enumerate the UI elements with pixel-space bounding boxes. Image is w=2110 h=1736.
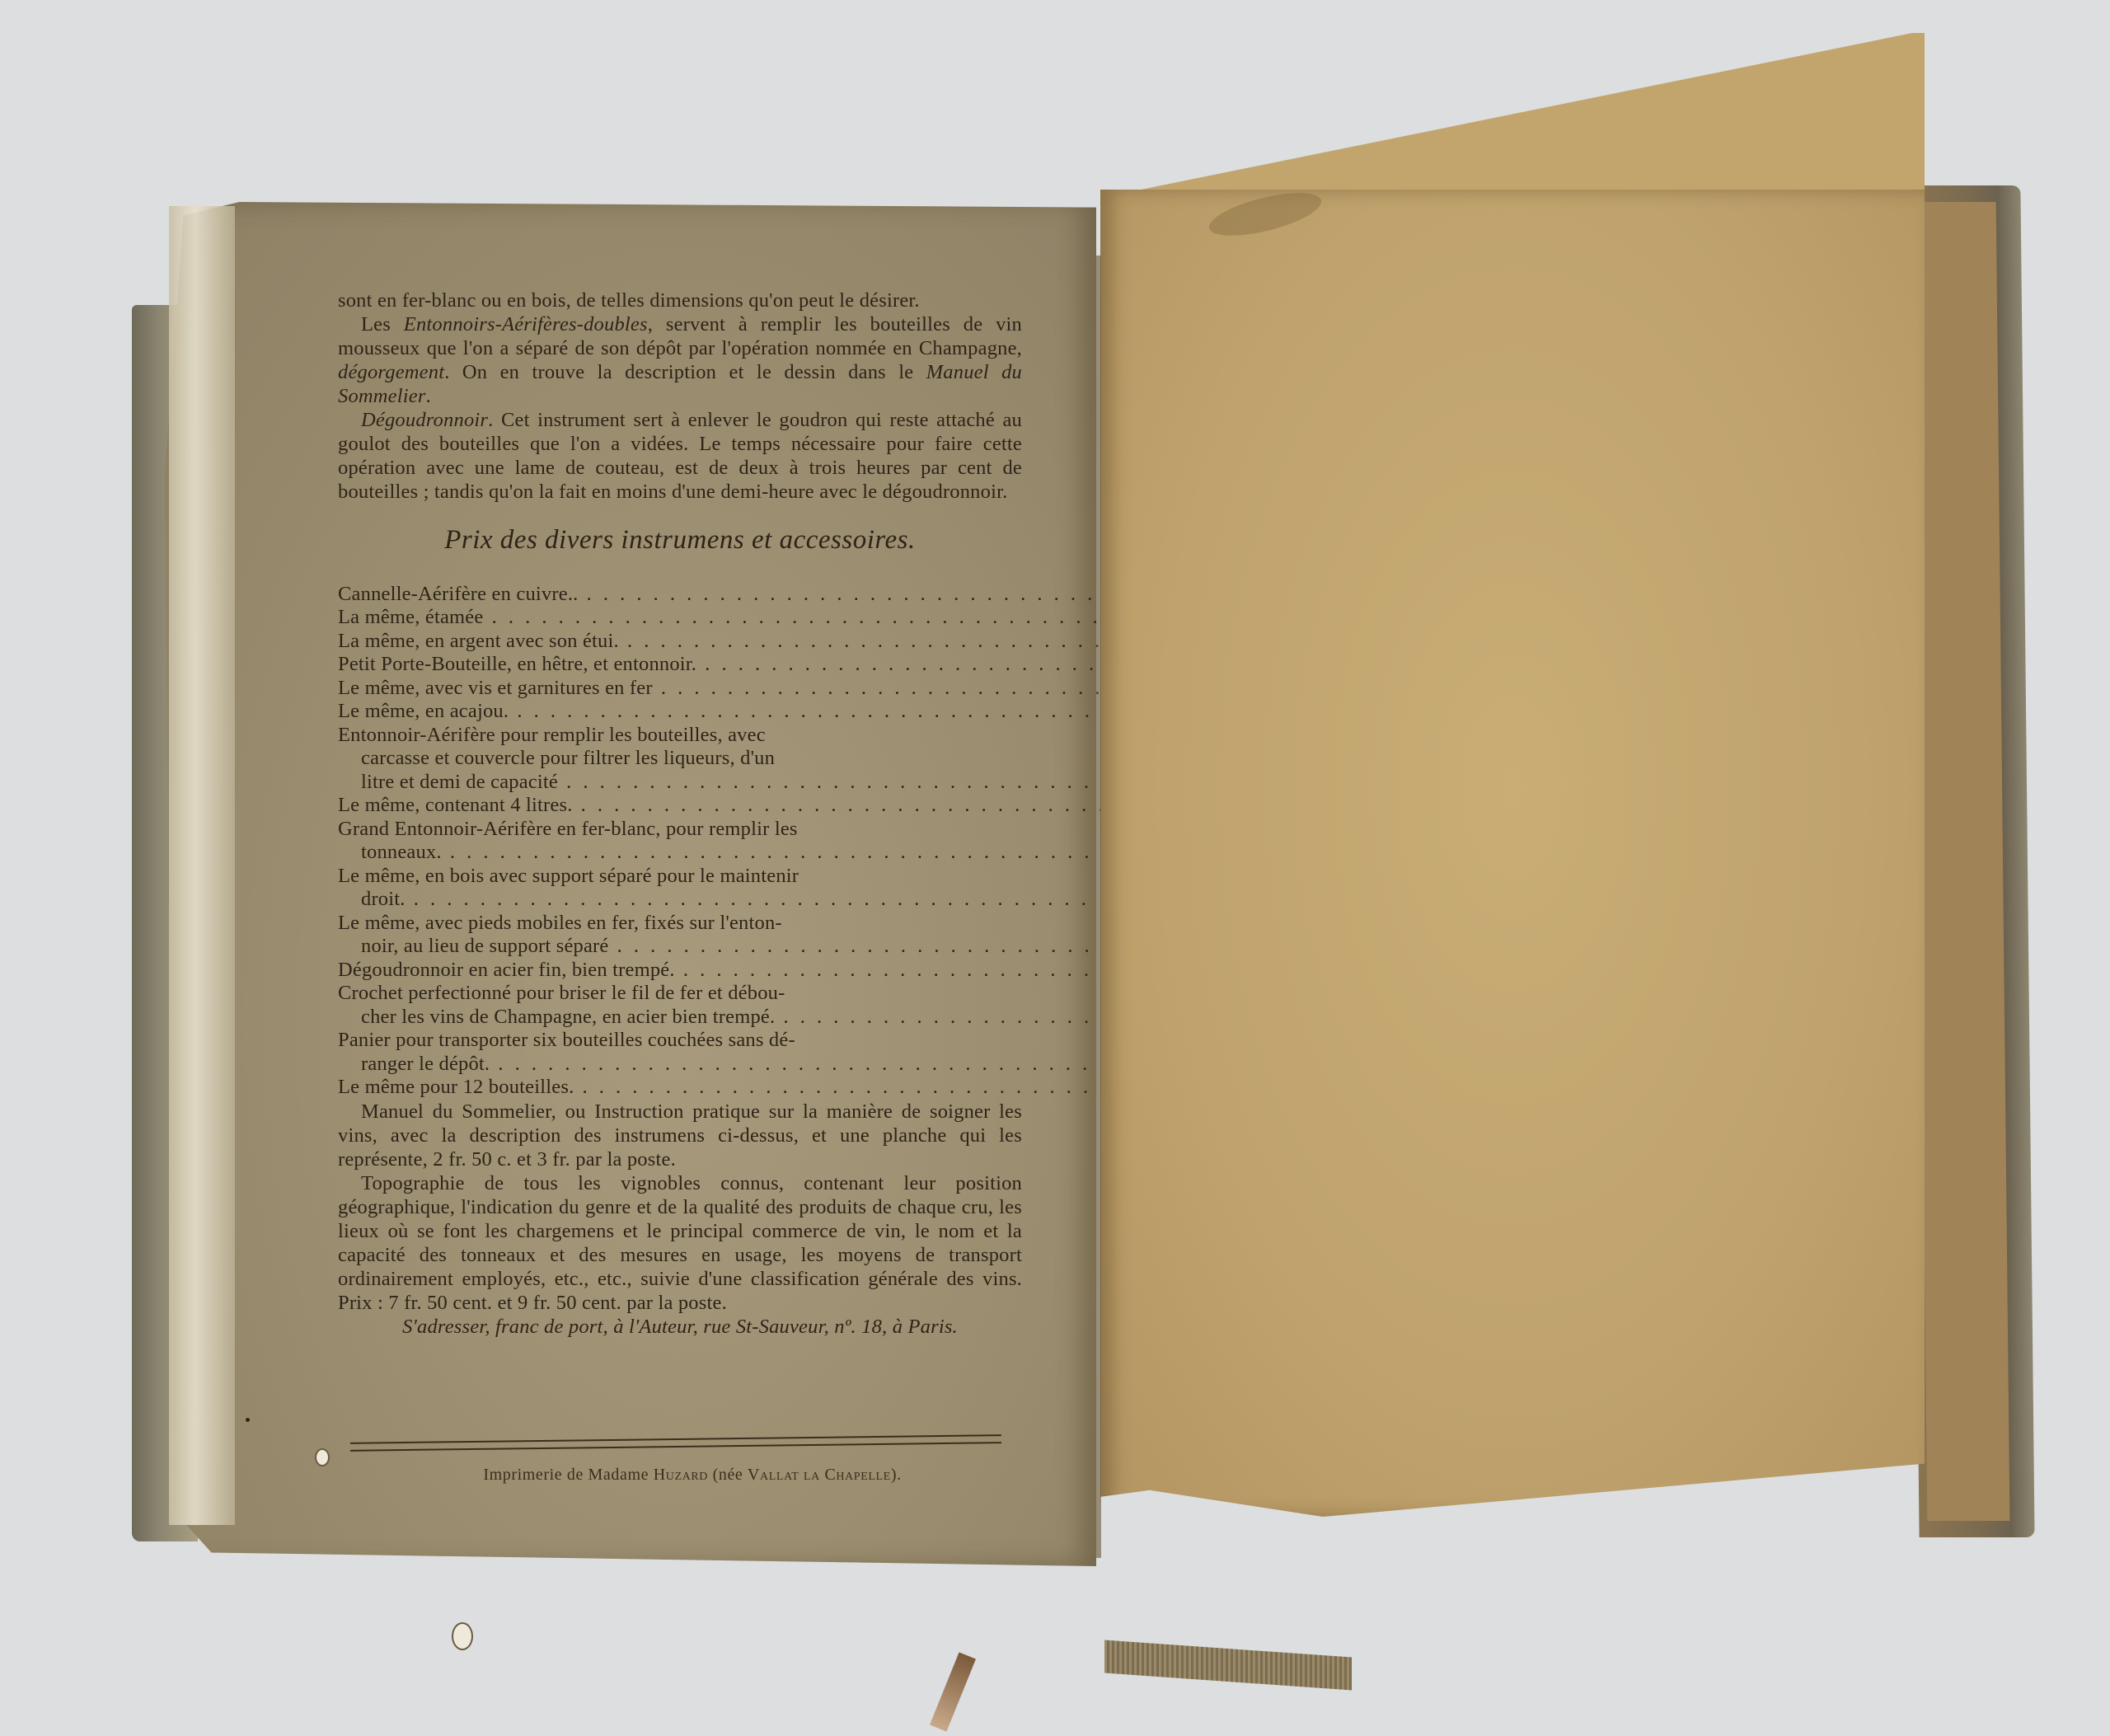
torn-gutter-margin — [169, 206, 235, 1525]
intro-paragraph-1: sont en fer-blanc ou en bois, de telles … — [338, 289, 1022, 312]
right-endpaper-edge — [1914, 202, 2010, 1521]
intro-paragraph-2: Les Entonnoirs-Aérifères-doubles, serven… — [338, 312, 1022, 408]
italic-term-entonnoirs: Entonnoirs-Aérifères-doubles — [404, 313, 648, 335]
manuel-paragraph: Manuel du Sommelier, ou Instruction prat… — [338, 1100, 1022, 1171]
text-span: . — [426, 385, 431, 407]
book-photo-scene: sont en fer-blanc ou en bois, de telles … — [0, 0, 2110, 1736]
ink-speck-icon — [246, 1418, 250, 1422]
left-page-text: sont en fer-blanc ou en bois, de telles … — [338, 289, 1022, 1339]
text-span: (née — [708, 1466, 748, 1484]
printer-name: Huzard — [654, 1466, 708, 1484]
paper-hole-icon — [315, 1448, 330, 1466]
price-list-heading: Prix des divers instrumens et accessoire… — [338, 528, 1022, 552]
right-page-upper-flap — [1100, 33, 1925, 198]
text-span: Imprimerie de Madame — [483, 1466, 653, 1484]
author-address: S'adresser, franc de port, à l'Auteur, r… — [338, 1315, 1022, 1339]
intro-paragraph-3: Dégoudronnoir. Cet instrument sert à enl… — [338, 408, 1022, 504]
printer-imprint: Imprimerie de Madame Huzard (née Vallat … — [379, 1466, 1006, 1485]
text-span: ). — [891, 1466, 902, 1484]
italic-term-degorgement: dégorgement — [338, 361, 444, 383]
printer-maiden-name: Vallat la Chapelle — [748, 1466, 891, 1484]
italic-term-degoudronnoir: Dégoudronnoir — [361, 409, 488, 431]
text-span: Les — [361, 313, 404, 335]
topographie-paragraph: Topographie de tous les vignobles connus… — [338, 1171, 1022, 1315]
right-page-blank — [1100, 190, 1925, 1517]
headband — [1104, 1640, 1352, 1691]
bookmark-ribbon — [930, 1652, 976, 1731]
text-span: . On en trouve la description et le dess… — [444, 361, 926, 383]
spine-gutter-line — [1096, 256, 1101, 1558]
paper-hole-icon — [452, 1622, 473, 1650]
